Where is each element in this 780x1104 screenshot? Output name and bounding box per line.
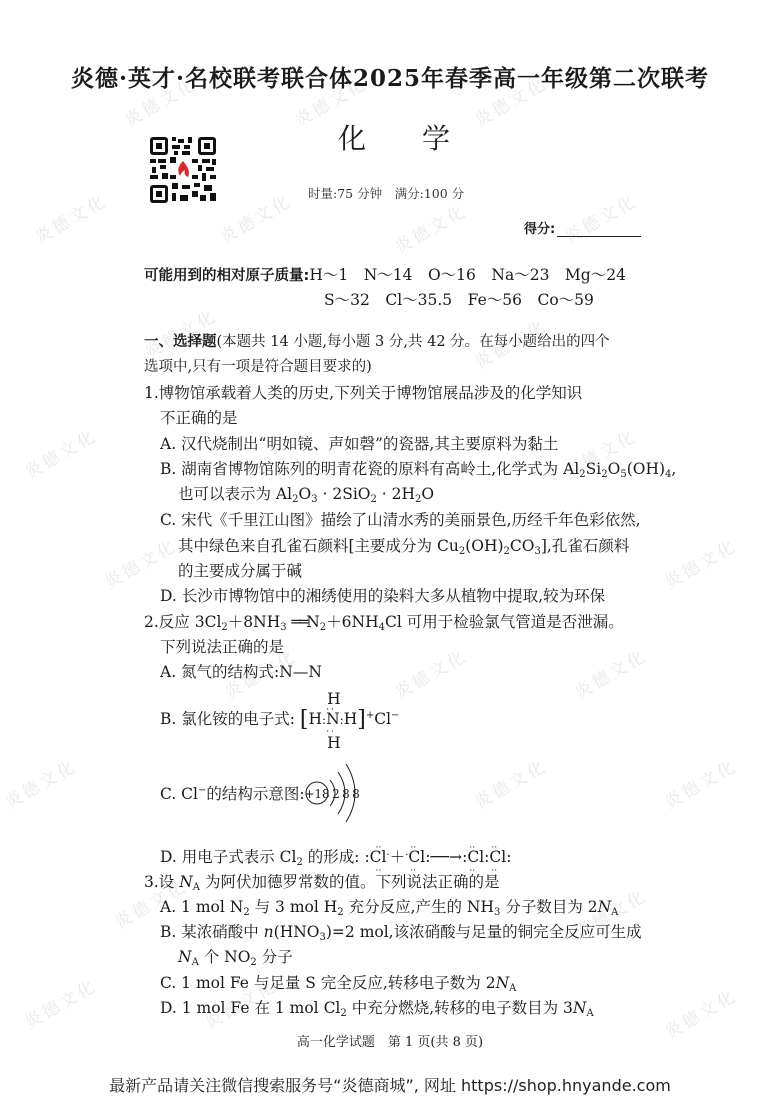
question-2-stem: 2.反应 3Cl2＋8NH3 ══N2＋6NH4Cl 可用于检验氯气管道是否泄漏… [144,611,624,633]
question-3-option-a[interactable]: A. 1 mol N2 与 3 mol H2 充分反应,产生的 NH3 分子数目… [160,896,618,918]
svg-text:2: 2 [332,787,340,801]
question-2-option-d[interactable]: D. 用电子式表示 Cl2 的形成: ····:Cl·＋·Cl····:──→:… [160,845,511,868]
qr-code-icon[interactable] [150,137,216,203]
svg-text:8: 8 [352,787,360,801]
page-footer: 高一化学试题 第 1 页(共 8 页) [0,1031,780,1050]
exam-title: 炎德·英才·名校联考联合体2025年春季高一年级第二次联考 [0,60,780,93]
subject-char-1: 化 [338,117,366,157]
time-and-score-info: 时量:75 分钟 满分:100 分 [308,184,464,202]
subject-char-2: 学 [422,117,450,157]
question-3-option-b[interactable]: B. 某浓硝酸中 n(HNO3)=2 mol,该浓硝酸与足量的铜完全反应可生成 [160,921,642,943]
section-title: 一、选择题 [144,334,217,350]
section-instructions-1: (本题共 14 小题,每小题 3 分,共 42 分。在每小题给出的四个 [217,334,610,350]
question-3-option-c[interactable]: C. 1 mol Fe 与足量 S 完全反应,转移电子数为 2NA [160,972,516,994]
subject-title: 化学 [338,117,450,157]
question-3-option-b-line2: NA 个 NO2 分子 [178,946,293,968]
chlorine-formation-electron-formula: ····:Cl·＋·Cl····:──→:Cl····:Cl····: [364,848,511,866]
atomic-masses-line1: 可能用到的相对原子质量:H～1 N～14 O～16 Na～23 Mg～24 [144,264,626,287]
question-1-number: 1. [144,384,159,402]
question-2-option-b-label: B. 氯化铵的电子式: [160,710,295,728]
section-instructions-2: 选项中,只有一项是符合题目要求的) [144,356,372,378]
question-3-number: 3. [144,873,159,891]
watermark: 炎德文化 [659,532,741,594]
atomic-masses-values-2: S～32 Cl～35.5 Fe～56 Co～59 [324,289,594,311]
question-1-stem-line2: 不正确的是 [160,407,238,429]
question-1-option-d[interactable]: D. 长沙市博物馆中的湘绣使用的染料大多从植物中提取,较为环保 [160,585,605,607]
question-2-option-a[interactable]: A. 氮气的结构式:N—N [160,661,322,683]
watermark: 炎德文化 [19,422,101,484]
question-1-option-a[interactable]: A. 汉代烧制出“明如镜、声如磬”的瓷器,其主要原料为黏土 [160,433,558,455]
question-2-option-d-label: D. 用电子式表示 Cl2 的形成: [160,848,360,866]
question-3-option-d[interactable]: D. 1 mol Fe 在 1 mol Cl2 中充分燃烧,转移的电子数目为 3… [160,997,594,1019]
question-2-option-b[interactable]: B. 氯化铵的电子式: [H:NH····H:H]+Cl− [160,708,399,731]
question-3-stem: 3.设 NA 为阿伏加德罗常数的值。下列说法正确的是 [144,871,499,893]
section-heading: 一、选择题(本题共 14 小题,每小题 3 分,共 42 分。在每小题给出的四个 [144,331,610,353]
question-1-stem-line1: 博物馆承载着人类的历史,下列关于博物馆展品涉及的化学知识 [159,384,582,402]
question-1-option-c[interactable]: C. 宋代《千里江山图》描绘了山清水秀的美丽景色,历经千年色彩依然, [160,509,641,531]
question-1-option-c-line2: 其中绿色来自孔雀石颜料[主要成分为 Cu2(OH)2CO3],孔雀石颜料 [178,535,629,557]
question-1-option-b[interactable]: B. 湖南省博物馆陈列的明青花瓷的原料有高岭土,化学式为 Al2Si2O5(OH… [160,458,676,480]
score-field: 得分: [524,218,641,237]
svg-text:8: 8 [342,787,350,801]
watermark: 炎德文化 [214,187,296,249]
question-2-option-c[interactable]: C. Cl−的结构示意图: [160,783,305,805]
advert-banner[interactable]: 最新产品请关注微信搜索服务号“炎德商城”, 网址 https://shop.hn… [0,1073,780,1096]
question-2-number: 2. [144,613,159,631]
watermark: 炎德文化 [0,752,81,814]
watermark: 炎德文化 [29,187,111,249]
atomic-masses-values-1: H～1 N～14 O～16 Na～23 Mg～24 [309,266,626,284]
watermark: 炎德文化 [469,752,551,814]
watermark: 炎德文化 [659,752,741,814]
watermark: 炎德文化 [389,642,471,704]
question-1-stem: 1.博物馆承载着人类的历史,下列关于博物馆展品涉及的化学知识 [144,382,582,404]
question-2-stem-line2: 下列说法正确的是 [160,636,284,658]
chloride-ion-structure-diagram: +18 2 8 8 [300,758,380,828]
question-1-option-b-line2: 也可以表示为 Al2O3 · 2SiO2 · 2H2O [178,483,434,505]
ammonium-chloride-electron-formula: [H:NH····H:H]+Cl− [295,710,399,728]
question-1-option-c-line3: 的主要成分属于碱 [178,560,302,582]
watermark: 炎德文化 [19,972,101,1034]
watermark: 炎德文化 [569,642,651,704]
score-label: 得分: [524,222,555,237]
score-blank[interactable] [557,222,641,237]
watermark: 炎德文化 [389,197,471,259]
svg-text:+18: +18 [304,787,329,801]
atomic-masses-label: 可能用到的相对原子质量: [144,268,309,284]
question-2-option-c-label: C. Cl−的结构示意图: [160,785,305,803]
